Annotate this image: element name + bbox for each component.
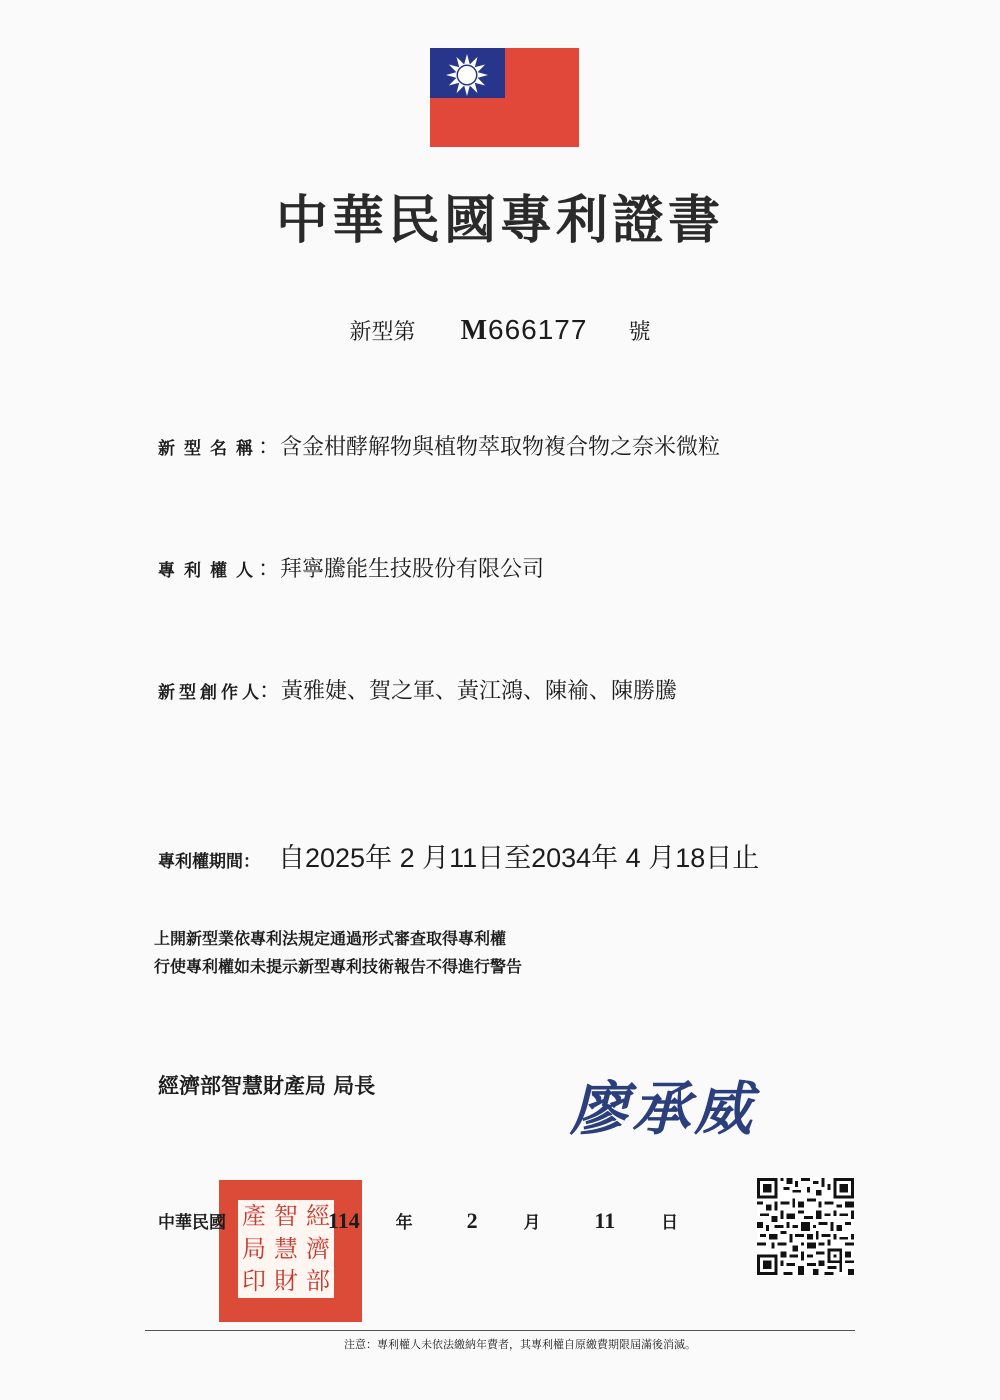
patent-term-label: 專利權期間：: [158, 852, 260, 872]
roc-flag: [430, 48, 579, 147]
qr-code-icon: [757, 1177, 854, 1276]
patent-number-suffix: 號: [628, 320, 650, 345]
field-utility-model-name: 新型名稱：含金柑酵解物與植物萃取物複合物之奈米微粒: [158, 430, 720, 461]
field-value: 黃雅婕、賀之軍、黃江鴻、陳褕、陳勝騰: [281, 679, 677, 704]
patent-number-prefix: 新型第: [350, 320, 416, 345]
field-creators: 新型創作人：黃雅婕、賀之軍、黃江鴻、陳褕、陳勝騰: [158, 674, 677, 705]
issue-date: 中華民國 114 年 2 月 11 日: [158, 1208, 678, 1234]
official-seal: 經 智 產 濟 慧 局 部 財 印: [219, 1180, 362, 1322]
issue-date-era: 中華民國: [158, 1213, 226, 1233]
certificate-title: 中華民國專利證書: [0, 178, 1000, 253]
field-value: 含金柑酵解物與植物萃取物複合物之奈米微粒: [280, 435, 720, 460]
issue-date-month: 2: [467, 1208, 478, 1233]
verification-qr-code[interactable]: [757, 1177, 854, 1276]
note-line-2: 行使專利權如未提示新型專利技術報告不得進行警告: [154, 954, 522, 977]
director-signature: 廖承威: [570, 1062, 756, 1146]
field-label: 新型名稱: [158, 439, 262, 459]
patent-number-value: M666177: [461, 314, 588, 345]
footer-divider: [145, 1330, 855, 1331]
issue-date-day: 11: [594, 1208, 615, 1233]
patent-number: 新型第 M666177 號: [0, 314, 1000, 347]
patent-term: 專利權期間：自2025年 2 月11日至2034年 4 月18日止: [158, 836, 759, 875]
field-value: 拜寧騰能生技股份有限公司: [280, 557, 544, 582]
footer-notice: 注意：專利權人未依法繳納年費者，其專利權自原繳費期限屆滿後消滅。: [0, 1336, 1000, 1352]
field-label: 新型創作人: [158, 683, 263, 703]
issuing-office: 經濟部智慧財產局 局長: [158, 1070, 375, 1100]
note-line-1: 上開新型業依專利法規定通過形式審查取得專利權: [154, 926, 506, 949]
white-sun-icon: [444, 52, 490, 98]
field-patentee: 專利權人：拜寧騰能生技股份有限公司: [158, 552, 544, 583]
issue-date-year: 114: [328, 1208, 360, 1233]
field-label: 專利權人: [158, 561, 262, 581]
patent-term-value: 自2025年 2 月11日至2034年 4 月18日止: [278, 843, 759, 873]
